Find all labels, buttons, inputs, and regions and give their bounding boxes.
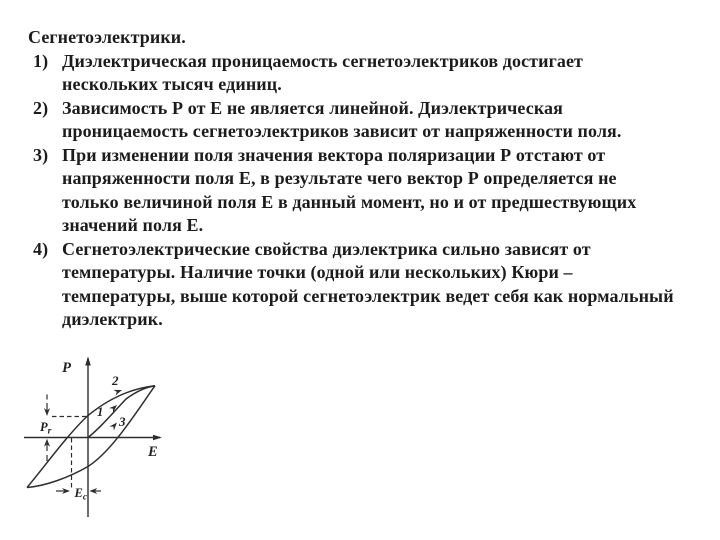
curve3-direction-arrow bbox=[109, 420, 119, 430]
item-number: 1) bbox=[28, 50, 62, 74]
item-number: 3) bbox=[28, 144, 62, 168]
axes bbox=[24, 357, 162, 518]
item-text: Зависимость Р от Е не является линейной.… bbox=[62, 97, 621, 144]
ec-subscript: c bbox=[83, 493, 88, 503]
item-text: Диэлектрическая проницаемость сегнетоэле… bbox=[62, 50, 583, 97]
numbered-list: 1) Диэлектрическая проницаемость сегнето… bbox=[28, 50, 704, 332]
lower-branch-curve bbox=[27, 386, 155, 488]
item-number: 2) bbox=[28, 97, 62, 121]
list-item: 4) Сегнетоэлектрические свойства диэлект… bbox=[28, 238, 704, 332]
list-item: 2) Зависимость Р от Е не является линейн… bbox=[28, 97, 704, 144]
slide-title: Сегнетоэлектрики. bbox=[28, 26, 704, 50]
item-text: При изменении поля значения вектора поля… bbox=[62, 144, 636, 238]
upper-branch-curve bbox=[27, 386, 155, 488]
item-number: 4) bbox=[28, 238, 62, 262]
dashed-guides bbox=[52, 417, 88, 489]
coercive-field-label: Ec bbox=[74, 486, 88, 503]
pr-subscript: r bbox=[48, 427, 52, 437]
y-axis-label: P bbox=[62, 360, 71, 376]
curve1-label: 1 bbox=[97, 405, 103, 419]
hysteresis-plot: P E Pr Ec 1 2 3 bbox=[0, 340, 180, 532]
ec-symbol: E bbox=[74, 486, 83, 500]
slide: Сегнетоэлектрики. 1) Диэлектрическая про… bbox=[0, 0, 720, 540]
x-axis-arrowhead bbox=[153, 435, 162, 441]
text-block: Сегнетоэлектрики. 1) Диэлектрическая про… bbox=[28, 26, 704, 332]
curve3-label: 3 bbox=[118, 414, 126, 429]
y-axis-arrowhead bbox=[85, 357, 91, 366]
list-item: 3) При изменении поля значения вектора п… bbox=[28, 144, 704, 238]
x-axis-label: E bbox=[147, 444, 158, 460]
hysteresis-figure: P E Pr Ec 1 2 3 bbox=[0, 340, 180, 532]
remanent-polarization-label: Pr bbox=[40, 420, 52, 437]
curve2-label: 2 bbox=[111, 373, 119, 388]
list-item: 1) Диэлектрическая проницаемость сегнето… bbox=[28, 50, 704, 97]
curves bbox=[27, 386, 155, 488]
item-text: Сегнетоэлектрические свойства диэлектрик… bbox=[62, 238, 674, 332]
